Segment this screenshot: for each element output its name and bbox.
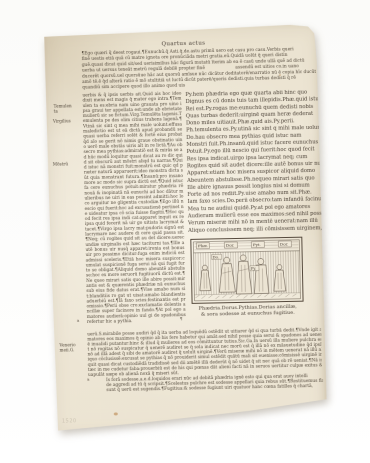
left-column-commentary: uerbis & q̄ ipsis uerbis ait.Quid ais ho… [82,91,186,334]
signature-letter: a [87,377,107,386]
woodcut-figures [199,254,286,295]
verse-line: Aliquo conclusissem neq; illi cōmisissem… [188,224,322,234]
right-column-verse: Py.hem phædria ego quæ quarta abii hinc … [185,88,322,235]
caption-line: & sora sodesse at eunuchus fugitiue. [182,310,314,319]
woodcut-label: Py. [251,267,257,271]
woodcut-caption: Phædria.Dorus.Pythias.Dorias ancillæ, & … [182,303,314,330]
woodcut-scene: Phæ. Dor. Pyt. Dor. Do. Py. [190,237,303,304]
indented-closing-block: Is forā sodesse.a.e.d.loquidos erari nūc… [106,373,324,408]
woodcut-label: Dor. [280,241,288,246]
bottom-commentary-block: uerū.S.mirabile posse audiri q̄d q̄ ita … [87,327,322,378]
printed-leaf: Quartus actus ¶Ego quæri q̄ deest rogaui… [42,21,330,441]
woodcut-label: Dor. [226,243,234,248]
woodcut-label: Do. [213,255,219,259]
header-text: Quartus actus [138,39,228,47]
bottom-commentary-text: uerū.S.mirabile posse audiri q̄d q̄ ita … [87,327,322,378]
fox-stain [114,412,118,415]
left-column-text: uerbis & q̄ ipsis uerbis ait.Quid ais ho… [82,91,186,334]
photo-backdrop: { "colors": { "paper": "#ece4d2", "ink":… [0,0,370,463]
paper-page: Quartus actus ¶Ego quæri q̄ deest rogaui… [42,21,330,441]
fox-stain [279,74,281,76]
woodcut-label: Pyt. [253,242,261,247]
woodcut-label: Phæ. [198,243,208,248]
pencil-inscription: 1520 [62,417,142,430]
woodcut-illustration: Phæ. Dor. Pyt. Dor. Do. Py. [190,237,303,304]
